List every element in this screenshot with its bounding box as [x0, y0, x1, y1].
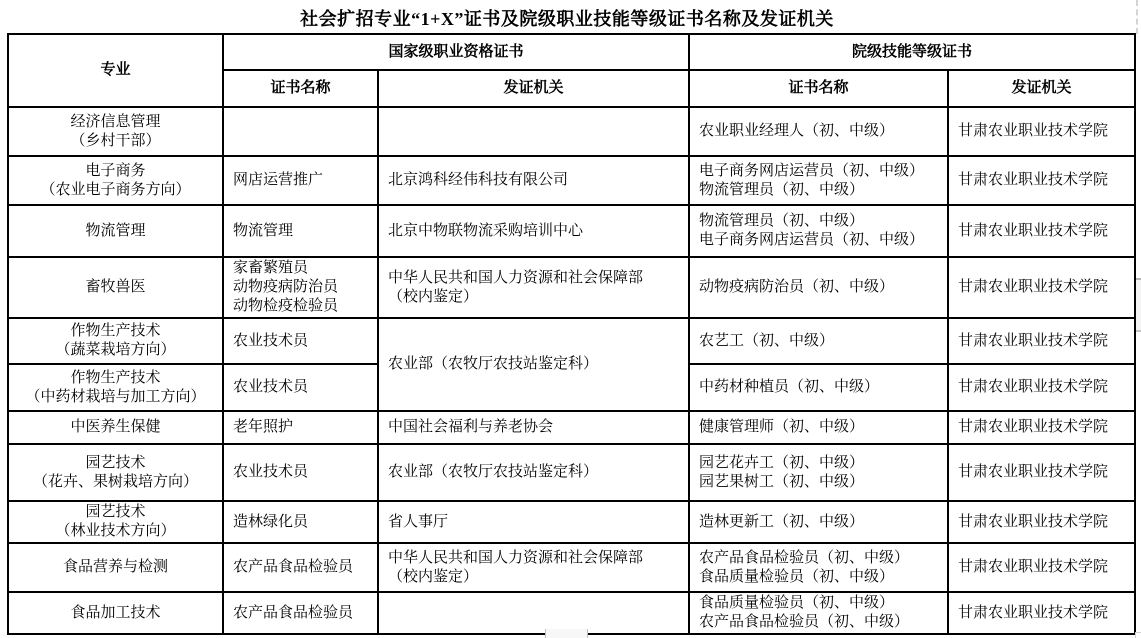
- cell-line: 甘肃农业职业技术学院: [958, 171, 1130, 190]
- cell-line: 电子商务网店运营员（初、中级）: [699, 231, 943, 250]
- header-national-cert-name: 证书名称: [223, 70, 378, 107]
- cell-line: 中国社会福利与养老协会: [388, 418, 684, 437]
- national-issuer-cell-merged: 农业部（农牧厅农技站鉴定科）: [378, 318, 689, 411]
- cell-line: 老年照护: [233, 418, 373, 437]
- cell-line: 物流管理员（初、中级）: [699, 212, 943, 231]
- cell-line: 甘肃农业职业技术学院: [958, 558, 1130, 577]
- cell-line: 农产品食品检验员（初、中级）: [699, 549, 943, 568]
- header-row-groups: 专业 国家级职业资格证书 院级技能等级证书: [8, 34, 1135, 70]
- cell-line: 食品营养与检测: [9, 558, 222, 577]
- cell-line: 家畜繁殖员: [233, 259, 373, 278]
- college-cert-cell: 健康管理师（初、中级）: [689, 411, 948, 444]
- scrollbar-corner: [1135, 632, 1141, 638]
- major-cell: 食品加工技术: [8, 592, 223, 634]
- cell-line: 物流管理: [233, 222, 373, 241]
- national-issuer-cell: 中华人民共和国人力资源和社会保障部 （校内鉴定）: [378, 543, 689, 592]
- cell-line: 甘肃农业职业技术学院: [958, 463, 1130, 482]
- cell-line: 电子商务网店运营员（初、中级）: [699, 162, 943, 181]
- college-cert-cell: 动物疫病防治员（初、中级）: [689, 257, 948, 318]
- cell-line: 农产品食品检验员（初、中级）: [699, 613, 943, 632]
- national-cert-cell: 农产品食品检验员: [223, 592, 378, 634]
- national-issuer-cell: 省人事厅: [378, 501, 689, 543]
- cell-line: 食品质量检验员（初、中级）: [699, 594, 943, 613]
- cell-line: 食品加工技术: [9, 604, 222, 623]
- certificate-table: 专业 国家级职业资格证书 院级技能等级证书 证书名称 发证机关 证书名称 发证机…: [7, 33, 1136, 635]
- national-issuer-cell: [378, 107, 689, 156]
- cell-line: 农艺工（初、中级）: [699, 332, 943, 351]
- cell-line: （农业电子商务方向）: [9, 181, 222, 200]
- college-cert-cell: 农产品食品检验员（初、中级） 食品质量检验员（初、中级）: [689, 543, 948, 592]
- table-row: 经济信息管理 （乡村干部） 农业职业经理人（初、中级） 甘肃农业职业技术学院: [8, 107, 1135, 156]
- header-college-group: 院级技能等级证书: [689, 34, 1135, 70]
- cell-line: 农业技术员: [233, 332, 373, 351]
- table-row: 园艺技术 （林业技术方向） 造林绿化员 省人事厅 造林更新工（初、中级） 甘肃农…: [8, 501, 1135, 543]
- cell-line: 造林绿化员: [233, 513, 373, 532]
- table-row: 畜牧兽医 家畜繁殖员 动物疫病防治员 动物检疫检验员 中华人民共和国人力资源和社…: [8, 257, 1135, 318]
- national-cert-cell: 造林绿化员: [223, 501, 378, 543]
- major-cell: 园艺技术 （林业技术方向）: [8, 501, 223, 543]
- table-row: 食品加工技术 农产品食品检验员 食品质量检验员（初、中级） 农产品食品检验员（初…: [8, 592, 1135, 634]
- cell-line: （林业技术方向）: [9, 522, 222, 541]
- cell-line: 北京鸿科经伟科技有限公司: [388, 171, 684, 190]
- cell-line: （校内鉴定）: [388, 568, 684, 587]
- table-row: 电子商务 （农业电子商务方向） 网店运营推广 北京鸿科经伟科技有限公司 电子商务…: [8, 156, 1135, 205]
- document-page: 社会扩招专业“1+X”证书及院级职业技能等级证书名称及发证机关 专业 国家级职业…: [0, 0, 1141, 638]
- cell-line: 甘肃农业职业技术学院: [958, 378, 1130, 397]
- college-issuer-cell: 甘肃农业职业技术学院: [948, 257, 1135, 318]
- cell-line: 健康管理师（初、中级）: [699, 418, 943, 437]
- cell-line: 农产品食品检验员: [233, 558, 373, 577]
- national-cert-cell: 农业技术员: [223, 318, 378, 364]
- cell-line: （中药材栽培与加工方向）: [9, 388, 222, 407]
- college-issuer-cell: 甘肃农业职业技术学院: [948, 411, 1135, 444]
- cell-line: （蔬菜栽培方向）: [9, 341, 222, 360]
- college-issuer-cell: 甘肃农业职业技术学院: [948, 364, 1135, 411]
- national-issuer-cell: 农业部（农牧厅农技站鉴定科）: [378, 444, 689, 501]
- page-margin-dashed-line: [1136, 0, 1138, 34]
- cell-line: 甘肃农业职业技术学院: [958, 122, 1130, 141]
- national-cert-cell: 老年照护: [223, 411, 378, 444]
- national-cert-cell: [223, 107, 378, 156]
- cell-line: 中药材种植员（初、中级）: [699, 378, 943, 397]
- cell-line: 甘肃农业职业技术学院: [958, 278, 1130, 297]
- major-cell: 食品营养与检测: [8, 543, 223, 592]
- header-national-group: 国家级职业资格证书: [223, 34, 689, 70]
- header-major: 专业: [8, 34, 223, 107]
- cell-line: 作物生产技术: [9, 369, 222, 388]
- cell-line: 动物疫病防治员（初、中级）: [699, 278, 943, 297]
- cell-line: 省人事厅: [388, 513, 684, 532]
- cell-line: 中医养生保健: [9, 418, 222, 437]
- cell-line: 甘肃农业职业技术学院: [958, 418, 1130, 437]
- cell-line: 动物疫病防治员: [233, 278, 373, 297]
- national-issuer-cell: 北京鸿科经伟科技有限公司: [378, 156, 689, 205]
- college-cert-cell: 中药材种植员（初、中级）: [689, 364, 948, 411]
- major-cell: 中医养生保健: [8, 411, 223, 444]
- college-issuer-cell: 甘肃农业职业技术学院: [948, 156, 1135, 205]
- national-cert-cell: 农业技术员: [223, 364, 378, 411]
- cell-line: 动物检疫检验员: [233, 297, 373, 316]
- cell-line: 园艺技术: [9, 454, 222, 473]
- cell-line: 甘肃农业职业技术学院: [958, 604, 1130, 623]
- college-issuer-cell: 甘肃农业职业技术学院: [948, 107, 1135, 156]
- cell-line: （花卉、果树栽培方向）: [9, 473, 222, 492]
- cell-line: 作物生产技术: [9, 322, 222, 341]
- major-cell: 经济信息管理 （乡村干部）: [8, 107, 223, 156]
- national-issuer-cell: 中华人民共和国人力资源和社会保障部 （校内鉴定）: [378, 257, 689, 318]
- table-row: 物流管理 物流管理 北京中物联物流采购培训中心 物流管理员（初、中级） 电子商务…: [8, 205, 1135, 257]
- cell-line: 园艺花卉工（初、中级）: [699, 454, 943, 473]
- national-cert-cell: 网店运营推广: [223, 156, 378, 205]
- cell-line: 物流管理员（初、中级）: [699, 181, 943, 200]
- cell-line: 电子商务: [9, 162, 222, 181]
- header-college-cert-name: 证书名称: [689, 70, 948, 107]
- college-cert-cell: 造林更新工（初、中级）: [689, 501, 948, 543]
- college-issuer-cell: 甘肃农业职业技术学院: [948, 318, 1135, 364]
- college-issuer-cell: 甘肃农业职业技术学院: [948, 444, 1135, 501]
- cell-line: 农产品食品检验员: [233, 604, 373, 623]
- cell-line: 甘肃农业职业技术学院: [958, 513, 1130, 532]
- college-issuer-cell: 甘肃农业职业技术学院: [948, 205, 1135, 257]
- header-national-issuer: 发证机关: [378, 70, 689, 107]
- table-title: 社会扩招专业“1+X”证书及院级职业技能等级证书名称及发证机关: [0, 6, 1134, 32]
- cell-line: （乡村干部）: [9, 132, 222, 151]
- cell-line: 甘肃农业职业技术学院: [958, 332, 1130, 351]
- national-issuer-cell: 北京中物联物流采购培训中心: [378, 205, 689, 257]
- major-cell: 电子商务 （农业电子商务方向）: [8, 156, 223, 205]
- cell-line: 园艺果树工（初、中级）: [699, 473, 943, 492]
- national-cert-cell: 物流管理: [223, 205, 378, 257]
- college-issuer-cell: 甘肃农业职业技术学院: [948, 543, 1135, 592]
- table-row: 园艺技术 （花卉、果树栽培方向） 农业技术员 农业部（农牧厅农技站鉴定科） 园艺…: [8, 444, 1135, 501]
- college-cert-cell: 食品质量检验员（初、中级） 农产品食品检验员（初、中级）: [689, 592, 948, 634]
- cell-line: 经济信息管理: [9, 113, 222, 132]
- college-issuer-cell: 甘肃农业职业技术学院: [948, 592, 1135, 634]
- college-cert-cell: 物流管理员（初、中级） 电子商务网店运营员（初、中级）: [689, 205, 948, 257]
- table-row: 食品营养与检测 农产品食品检验员 中华人民共和国人力资源和社会保障部 （校内鉴定…: [8, 543, 1135, 592]
- cell-line: 北京中物联物流采购培训中心: [388, 222, 684, 241]
- cell-line: 造林更新工（初、中级）: [699, 513, 943, 532]
- national-issuer-cell: 中国社会福利与养老协会: [378, 411, 689, 444]
- table-row: 中医养生保健 老年照护 中国社会福利与养老协会 健康管理师（初、中级） 甘肃农业…: [8, 411, 1135, 444]
- horizontal-scrollbar-thumb[interactable]: [545, 629, 588, 638]
- major-cell: 物流管理: [8, 205, 223, 257]
- college-cert-cell: 农艺工（初、中级）: [689, 318, 948, 364]
- national-cert-cell: 农产品食品检验员: [223, 543, 378, 592]
- table-row: 作物生产技术 （蔬菜栽培方向） 农业技术员 农业部（农牧厅农技站鉴定科） 农艺工…: [8, 318, 1135, 364]
- header-college-issuer: 发证机关: [948, 70, 1135, 107]
- college-cert-cell: 园艺花卉工（初、中级） 园艺果树工（初、中级）: [689, 444, 948, 501]
- cell-line: 中华人民共和国人力资源和社会保障部: [388, 549, 684, 568]
- major-cell: 作物生产技术 （中药材栽培与加工方向）: [8, 364, 223, 411]
- cell-line: 中华人民共和国人力资源和社会保障部: [388, 269, 684, 288]
- cell-line: 园艺技术: [9, 503, 222, 522]
- major-cell: 园艺技术 （花卉、果树栽培方向）: [8, 444, 223, 501]
- cell-line: 农业部（农牧厅农技站鉴定科）: [388, 463, 684, 482]
- cell-line: 网店运营推广: [233, 171, 373, 190]
- cell-line: 甘肃农业职业技术学院: [958, 222, 1130, 241]
- national-issuer-cell: [378, 592, 689, 634]
- cell-line: 物流管理: [9, 222, 222, 241]
- cell-line: 畜牧兽医: [9, 278, 222, 297]
- major-cell: 畜牧兽医: [8, 257, 223, 318]
- cell-line: （校内鉴定）: [388, 288, 684, 307]
- vertical-scrollbar-thumb[interactable]: [1136, 278, 1141, 332]
- national-cert-cell: 家畜繁殖员 动物疫病防治员 动物检疫检验员: [223, 257, 378, 318]
- cell-line: 农业技术员: [233, 463, 373, 482]
- college-cert-cell: 电子商务网店运营员（初、中级） 物流管理员（初、中级）: [689, 156, 948, 205]
- cell-line: 农业职业经理人（初、中级）: [699, 122, 943, 141]
- cell-line: 食品质量检验员（初、中级）: [699, 568, 943, 587]
- major-cell: 作物生产技术 （蔬菜栽培方向）: [8, 318, 223, 364]
- college-cert-cell: 农业职业经理人（初、中级）: [689, 107, 948, 156]
- college-issuer-cell: 甘肃农业职业技术学院: [948, 501, 1135, 543]
- national-cert-cell: 农业技术员: [223, 444, 378, 501]
- cell-line: 农业部（农牧厅农技站鉴定科）: [388, 355, 684, 374]
- cell-line: 农业技术员: [233, 378, 373, 397]
